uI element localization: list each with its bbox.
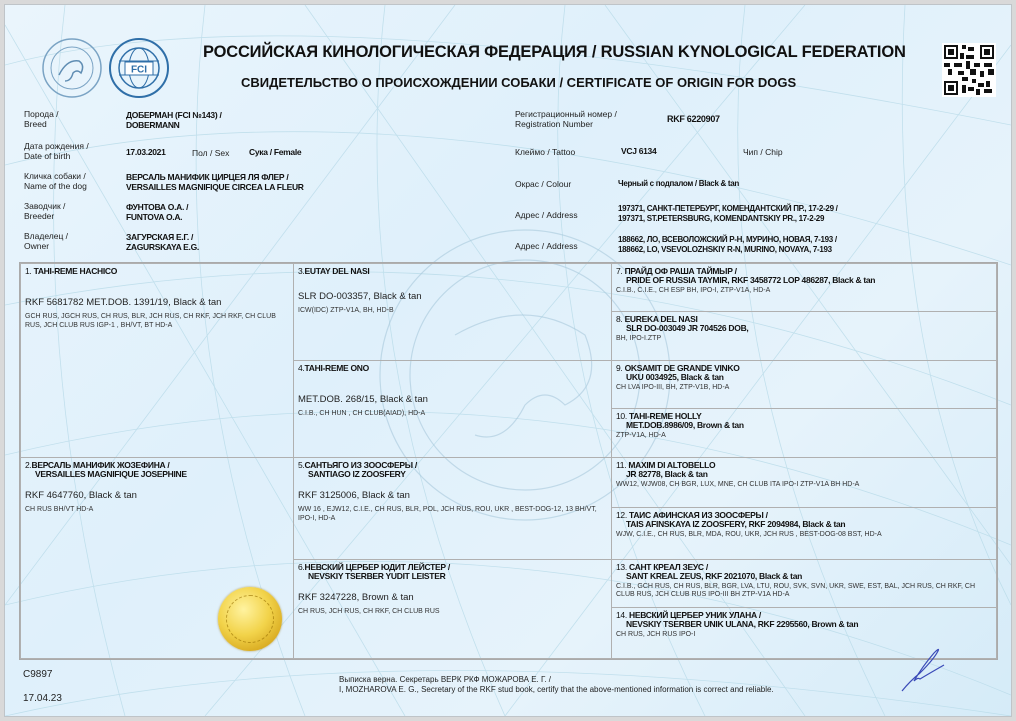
owner-en: ZAGURSKAYA E.G. — [126, 243, 199, 253]
rkf-logo-icon — [41, 37, 103, 99]
pedigree-ancestor-11: 11. MAXIM DI ALTOBELLO JR 82778, Black &… — [611, 457, 997, 508]
breeder-address-label: Адрес / Address — [515, 210, 578, 220]
breeder-label-ru: Заводчик / — [24, 201, 65, 211]
breed-value-en: DOBERMANN — [126, 121, 222, 131]
pedigree-ancestor-9: 9. OKSAMIT DE GRANDE VINKO UKU 0034925, … — [611, 360, 997, 409]
signature-icon — [900, 647, 950, 695]
pedigree-ancestor-4: 4.TAHI-REME ONO MET.DOB. 268/15, Black &… — [293, 360, 612, 458]
dog-name-en: VERSAILLES MAGNIFIQUE CIRCEA LA FLEUR — [126, 183, 304, 193]
pedigree-ancestor-13: 13. САНТ КРЕАЛ ЗЕУС / SANT KREAL ZEUS, R… — [611, 559, 997, 608]
issue-date: 17.04.23 — [23, 693, 62, 704]
owner-label-en: Owner — [24, 241, 68, 251]
pedigree-table: 1. TAHI-REME HACHICO RKF 5681782 MET.DOB… — [19, 262, 998, 660]
owner-label-ru: Владелец / — [24, 231, 68, 241]
chip-label: Чип / Chip — [743, 147, 783, 157]
pedigree-ancestor-10: 10. TAHI-REME HOLLY MET.DOB.8986/09, Bro… — [611, 408, 997, 458]
dog-name-label-en: Name of the dog — [24, 181, 87, 191]
breeder-label-en: Breeder — [24, 211, 65, 221]
page-subtitle: СВИДЕТЕЛЬСТВО О ПРОИСХОЖДЕНИИ СОБАКИ / C… — [241, 75, 796, 90]
breeder-en: FUNTOVA O.A. — [126, 213, 188, 223]
pedigree-ancestor-6: 6.НЕВСКИЙ ЦЕРБЕР ЮДИТ ЛЕЙСТЕР /NEVSKIY T… — [293, 559, 612, 659]
owner-address-en: 188662, LO, VSEVOLOZHSKIY R-N, MURINO, N… — [618, 245, 837, 255]
tattoo-label: Клеймо / Tattoo — [515, 147, 575, 157]
gold-seal-icon — [218, 587, 282, 651]
sire-name: TAHI-REME HACHICO — [34, 266, 118, 276]
pedigree-ancestor-12: 12. ТАИС АФИНСКАЯ ИЗ ЗООСФЕРЫ / TAIS AFI… — [611, 507, 997, 560]
dob-label-en: Date of birth — [24, 151, 89, 161]
certification-en: I, MOZHAROVA E. G., Secretary of the RKF… — [339, 685, 774, 695]
owner-address-ru: 188662, ЛО, ВСЕВОЛОЖСКИЙ Р-Н, МУРИНО, НО… — [618, 235, 837, 245]
certificate-document: FCI РОССИЙСКАЯ КИНОЛОГИЧЕСКАЯ ФЕДЕРАЦИЯ … — [4, 4, 1012, 717]
pedigree-ancestor-7: 7. ПРАЙД ОФ РАША ТАЙМЫР / PRIDE OF RUSSI… — [611, 263, 997, 312]
certification-ru: Выписка верна. Секретарь ВЕРК РКФ МОЖАРО… — [339, 675, 774, 685]
fci-logo-icon: FCI — [108, 37, 170, 99]
pedigree-sire: 1. TAHI-REME HACHICO RKF 5681782 MET.DOB… — [20, 263, 294, 458]
dob-value: 17.03.2021 — [126, 148, 166, 158]
colour-value: Черный с подпалом / Black & tan — [618, 179, 739, 189]
pedigree-ancestor-5: 5.САНТЬЯГО ИЗ ЗООСФЕРЫ /SANTIAGO IZ ZOOS… — [293, 457, 612, 560]
pedigree-ancestor-3: 3.EUTAY DEL NASI SLR DO-003357, Black & … — [293, 263, 612, 361]
breeder-address-en: 197371, ST.PETERSBURG, KOMENDANTSKIY PR.… — [618, 214, 838, 224]
sex-value: Сука / Female — [249, 148, 301, 158]
registration-number: RKF 6220907 — [667, 115, 720, 125]
sex-label: Пол / Sex — [192, 148, 229, 158]
dog-name-label-ru: Кличка собаки / — [24, 171, 87, 181]
owner-address-label: Адрес / Address — [515, 241, 578, 251]
page-title: РОССИЙСКАЯ КИНОЛОГИЧЕСКАЯ ФЕДЕРАЦИЯ / RU… — [203, 43, 906, 62]
reg-label-en: Registration Number — [515, 119, 617, 129]
tattoo-value: VCJ 6134 — [621, 147, 656, 157]
dob-label-ru: Дата рождения / — [24, 141, 89, 151]
pedigree-ancestor-8: 8. EUREKA DEL NASI SLR DO-003049 JR 7045… — [611, 311, 997, 361]
breed-label-en: Breed — [24, 119, 59, 129]
reg-label-ru: Регистрационный номер / — [515, 109, 617, 119]
breed-label-ru: Порода / — [24, 109, 59, 119]
document-code: C9897 — [23, 669, 52, 680]
breeder-address-ru: 197371, САНКТ-ПЕТЕРБУРГ, КОМЕНДАНТСКИЙ П… — [618, 204, 838, 214]
qr-code-icon[interactable] — [942, 43, 996, 97]
svg-text:FCI: FCI — [131, 65, 147, 76]
colour-label: Окрас / Colour — [515, 179, 571, 189]
